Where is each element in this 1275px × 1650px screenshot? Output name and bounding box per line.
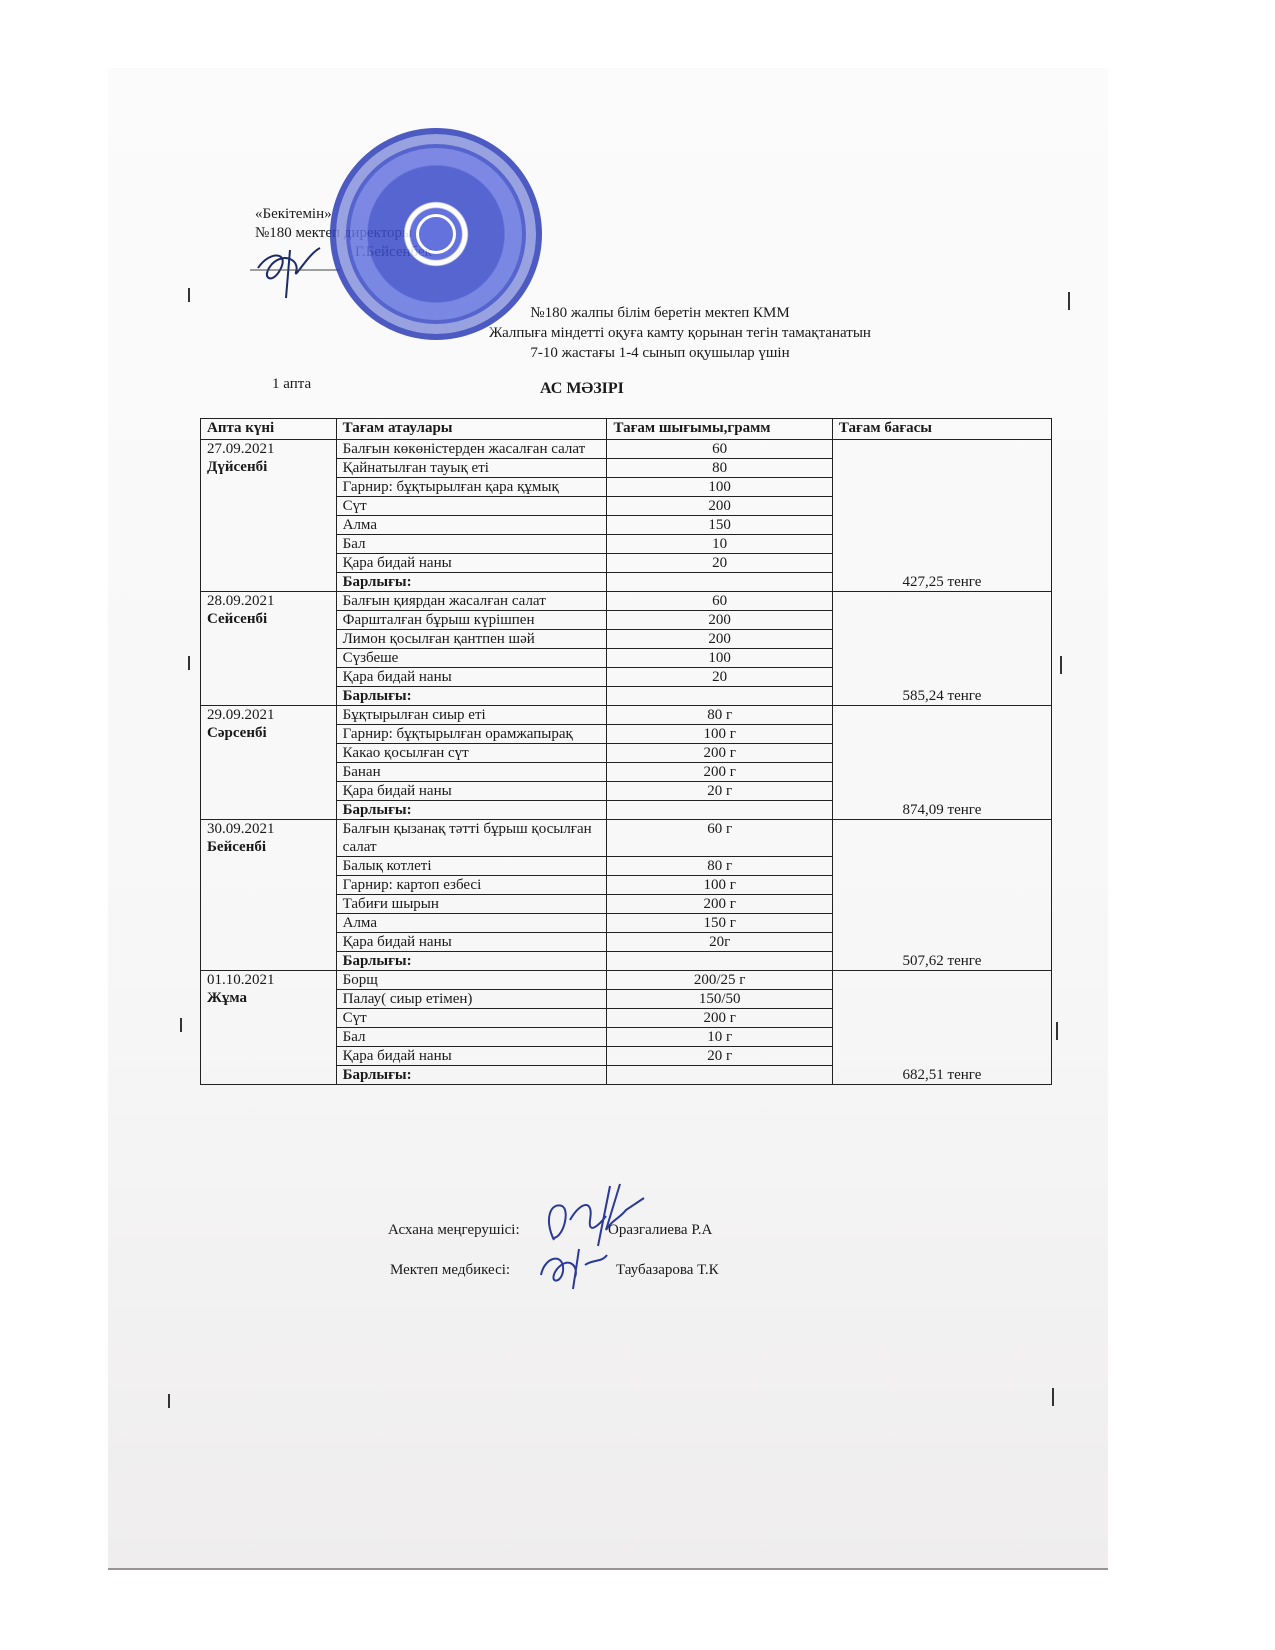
dish-name: Какао қосылған сүт	[336, 744, 607, 763]
dish-name: Гарнир: бұқтырылған орамжапырақ	[336, 725, 607, 744]
dish-name: Балғын қызанақ тәтті бұрыш қосылған сала…	[336, 820, 607, 857]
dish-name: Фаршталған бұрыш күрішпен	[336, 611, 607, 630]
total-label: Барлығы:	[336, 801, 607, 820]
dish-output: 20г	[607, 933, 832, 952]
week-label: 1 апта	[272, 376, 311, 393]
column-header-day: Апта күні	[201, 419, 337, 440]
day-date: 01.10.2021	[207, 971, 330, 989]
total-label: Барлығы:	[336, 1066, 607, 1085]
dish-name: Балық котлеті	[336, 857, 607, 876]
dish-name: Қара бидай наны	[336, 554, 607, 573]
dish-output: 100	[607, 649, 832, 668]
day-cell: 30.09.2021Бейсенбі	[201, 820, 337, 971]
margin-mark	[1052, 1388, 1054, 1406]
day-price: 874,09 тенге	[832, 706, 1051, 820]
table-row: 29.09.2021СәрсенбіБұқтырылған сиыр еті80…	[201, 706, 1052, 725]
dish-name: Гарнир: бұқтырылған қара құмық	[336, 478, 607, 497]
dish-output: 200	[607, 497, 832, 516]
total-output-empty	[607, 801, 832, 820]
table-header-row: Апта күні Тағам атаулары Тағам шығымы,гр…	[201, 419, 1052, 440]
dish-output: 20	[607, 554, 832, 573]
day-date: 27.09.2021	[207, 440, 330, 458]
dish-output: 200	[607, 630, 832, 649]
dish-output: 100 г	[607, 725, 832, 744]
school-nurse-name: Таубазарова Т.К	[616, 1262, 719, 1279]
dish-name: Сүзбеше	[336, 649, 607, 668]
day-cell: 27.09.2021Дүйсенбі	[201, 440, 337, 592]
day-cell: 01.10.2021Жұма	[201, 971, 337, 1085]
dish-output: 20 г	[607, 782, 832, 801]
school-name: №180 жалпы білім беретін мектеп КММ	[420, 304, 900, 323]
day-price: 682,51 тенге	[832, 971, 1051, 1085]
dish-output: 200/25 г	[607, 971, 832, 990]
column-header-price: Тағам бағасы	[832, 419, 1051, 440]
dish-name: Гарнир: картоп езбесі	[336, 876, 607, 895]
dish-output: 10	[607, 535, 832, 554]
day-date: 28.09.2021	[207, 592, 330, 610]
table-row: 01.10.2021ЖұмаБорщ200/25 г682,51 тенге	[201, 971, 1052, 990]
day-weekday: Бейсенбі	[207, 838, 330, 856]
header-age-group: 7-10 жастағы 1-4 сынып оқушылар үшін	[420, 344, 900, 363]
dish-output: 100	[607, 478, 832, 497]
day-weekday: Жұма	[207, 989, 330, 1007]
dish-name: Сүт	[336, 1009, 607, 1028]
margin-mark	[180, 1018, 182, 1032]
dish-output: 200 г	[607, 744, 832, 763]
director-signature	[250, 230, 340, 300]
margin-mark	[188, 656, 190, 670]
total-label: Барлығы:	[336, 573, 607, 592]
dish-name: Балғын қиярдан жасалған салат	[336, 592, 607, 611]
dish-name: Лимон қосылған қантпен шәй	[336, 630, 607, 649]
dish-name: Бал	[336, 1028, 607, 1047]
day-weekday: Сейсенбі	[207, 610, 330, 628]
header-subtitle: Жалпыға міндетті оқуға камту қорынан тег…	[420, 324, 940, 343]
total-output-empty	[607, 687, 832, 706]
dish-output: 80 г	[607, 706, 832, 725]
table-row: 28.09.2021СейсенбіБалғын қиярдан жасалға…	[201, 592, 1052, 611]
emblem-icon	[416, 214, 456, 254]
dish-output: 100 г	[607, 876, 832, 895]
dish-output: 150	[607, 516, 832, 535]
day-cell: 28.09.2021Сейсенбі	[201, 592, 337, 706]
page-title: АС МӘЗІРІ	[540, 380, 624, 398]
dish-name: Бал	[336, 535, 607, 554]
dish-name: Алма	[336, 516, 607, 535]
dish-output: 10 г	[607, 1028, 832, 1047]
dish-output: 150/50	[607, 990, 832, 1009]
day-date: 30.09.2021	[207, 820, 330, 838]
day-price: 507,62 тенге	[832, 820, 1051, 971]
dish-name: Сүт	[336, 497, 607, 516]
table-row: 30.09.2021БейсенбіБалғын қызанақ тәтті б…	[201, 820, 1052, 857]
dish-name: Қара бидай наны	[336, 782, 607, 801]
dish-output: 60	[607, 592, 832, 611]
dish-output: 80	[607, 459, 832, 478]
margin-mark	[1068, 292, 1070, 310]
total-output-empty	[607, 1066, 832, 1085]
dish-name: Бұқтырылған сиыр еті	[336, 706, 607, 725]
dish-output: 200 г	[607, 763, 832, 782]
column-header-dish: Тағам атаулары	[336, 419, 607, 440]
dish-output: 20	[607, 668, 832, 687]
day-price: 585,24 тенге	[832, 592, 1051, 706]
dish-output: 80 г	[607, 857, 832, 876]
column-header-output: Тағам шығымы,грамм	[607, 419, 832, 440]
dish-output: 60	[607, 440, 832, 459]
margin-mark	[168, 1394, 170, 1408]
margin-mark	[1060, 656, 1062, 674]
dish-name: Банан	[336, 763, 607, 782]
table-row: 27.09.2021ДүйсенбіБалғын көкөністерден ж…	[201, 440, 1052, 459]
canteen-manager-signature	[540, 1180, 650, 1250]
total-label: Барлығы:	[336, 687, 607, 706]
dish-name: Қара бидай наны	[336, 668, 607, 687]
school-nurse-role: Мектеп медбикесі:	[390, 1262, 510, 1279]
dish-output: 200 г	[607, 895, 832, 914]
day-weekday: Дүйсенбі	[207, 458, 330, 476]
dish-name: Алма	[336, 914, 607, 933]
dish-output: 150 г	[607, 914, 832, 933]
dish-name: Борщ	[336, 971, 607, 990]
margin-mark	[1056, 1022, 1058, 1040]
dish-output: 200	[607, 611, 832, 630]
canteen-manager-role: Асхана меңгерушісі:	[388, 1222, 520, 1239]
dish-output: 20 г	[607, 1047, 832, 1066]
day-price: 427,25 тенге	[832, 440, 1051, 592]
dish-name: Табиғи шырын	[336, 895, 607, 914]
school-nurse-signature	[535, 1245, 615, 1290]
total-output-empty	[607, 952, 832, 971]
total-label: Барлығы:	[336, 952, 607, 971]
margin-mark	[188, 288, 190, 302]
dish-name: Қайнатылған тауық еті	[336, 459, 607, 478]
dish-output: 60 г	[607, 820, 832, 857]
total-output-empty	[607, 573, 832, 592]
dish-name: Балғын көкөністерден жасалған салат	[336, 440, 607, 459]
dish-output: 200 г	[607, 1009, 832, 1028]
dish-name: Қара бидай наны	[336, 1047, 607, 1066]
day-cell: 29.09.2021Сәрсенбі	[201, 706, 337, 820]
dish-name: Палау( сиыр етімен)	[336, 990, 607, 1009]
menu-table: Апта күні Тағам атаулары Тағам шығымы,гр…	[200, 418, 1052, 1085]
day-weekday: Сәрсенбі	[207, 724, 330, 742]
day-date: 29.09.2021	[207, 706, 330, 724]
dish-name: Қара бидай наны	[336, 933, 607, 952]
